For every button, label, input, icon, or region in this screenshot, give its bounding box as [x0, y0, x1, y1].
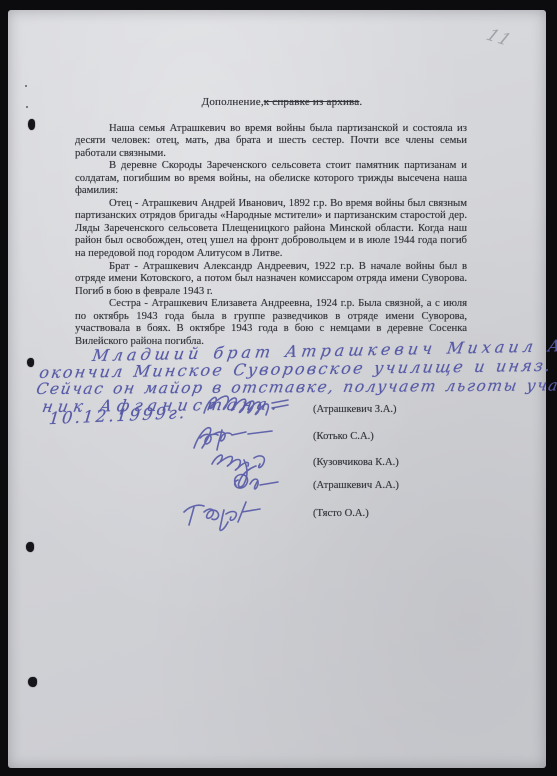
paper-speck [25, 85, 27, 87]
punch-hole-mark [28, 677, 37, 687]
document-page: 11 Дополнение,к справке из архива. Наша … [8, 10, 546, 768]
paragraph-family-overview: Наша семья Атрашкевич во время войны был… [75, 122, 467, 160]
punch-hole-mark [26, 542, 34, 552]
punch-hole-mark [27, 358, 34, 367]
document-title: Дополнение,к справке из архива. [97, 96, 467, 109]
title-text: Дополнение, [202, 96, 264, 108]
signature-tyasto-icon [180, 498, 282, 534]
title-struck-text: к справке из архива [264, 96, 360, 108]
signature-typed-name: (Тясто О.А.) [313, 508, 369, 519]
signature-typed-name: (Атрашкевич З.А.) [313, 404, 397, 415]
title-period: . [359, 96, 362, 108]
signature-typed-name: (Котько С.А.) [313, 431, 374, 442]
paper-speck [26, 106, 28, 108]
paragraph-monument: В деревне Скороды Зареченского сельсовет… [75, 159, 467, 197]
paragraph-brother: Брат - Атрашкевич Александр Андреевич, 1… [75, 260, 467, 298]
typed-text-block: Дополнение,к справке из архива. Наша сем… [75, 96, 467, 347]
signature-typed-name: (Кузовчикова К.А.) [313, 457, 399, 468]
paragraph-father: Отец - Атрашкевич Андрей Иванович, 1892 … [75, 197, 467, 260]
scan-background: 11 Дополнение,к справке из архива. Наша … [0, 0, 557, 776]
signature-atrashkevich-aa-icon [220, 470, 286, 498]
page-number: 11 [483, 26, 516, 51]
signature-typed-name: (Атрашкевич А.А.) [313, 480, 399, 491]
punch-hole-mark [28, 119, 35, 130]
